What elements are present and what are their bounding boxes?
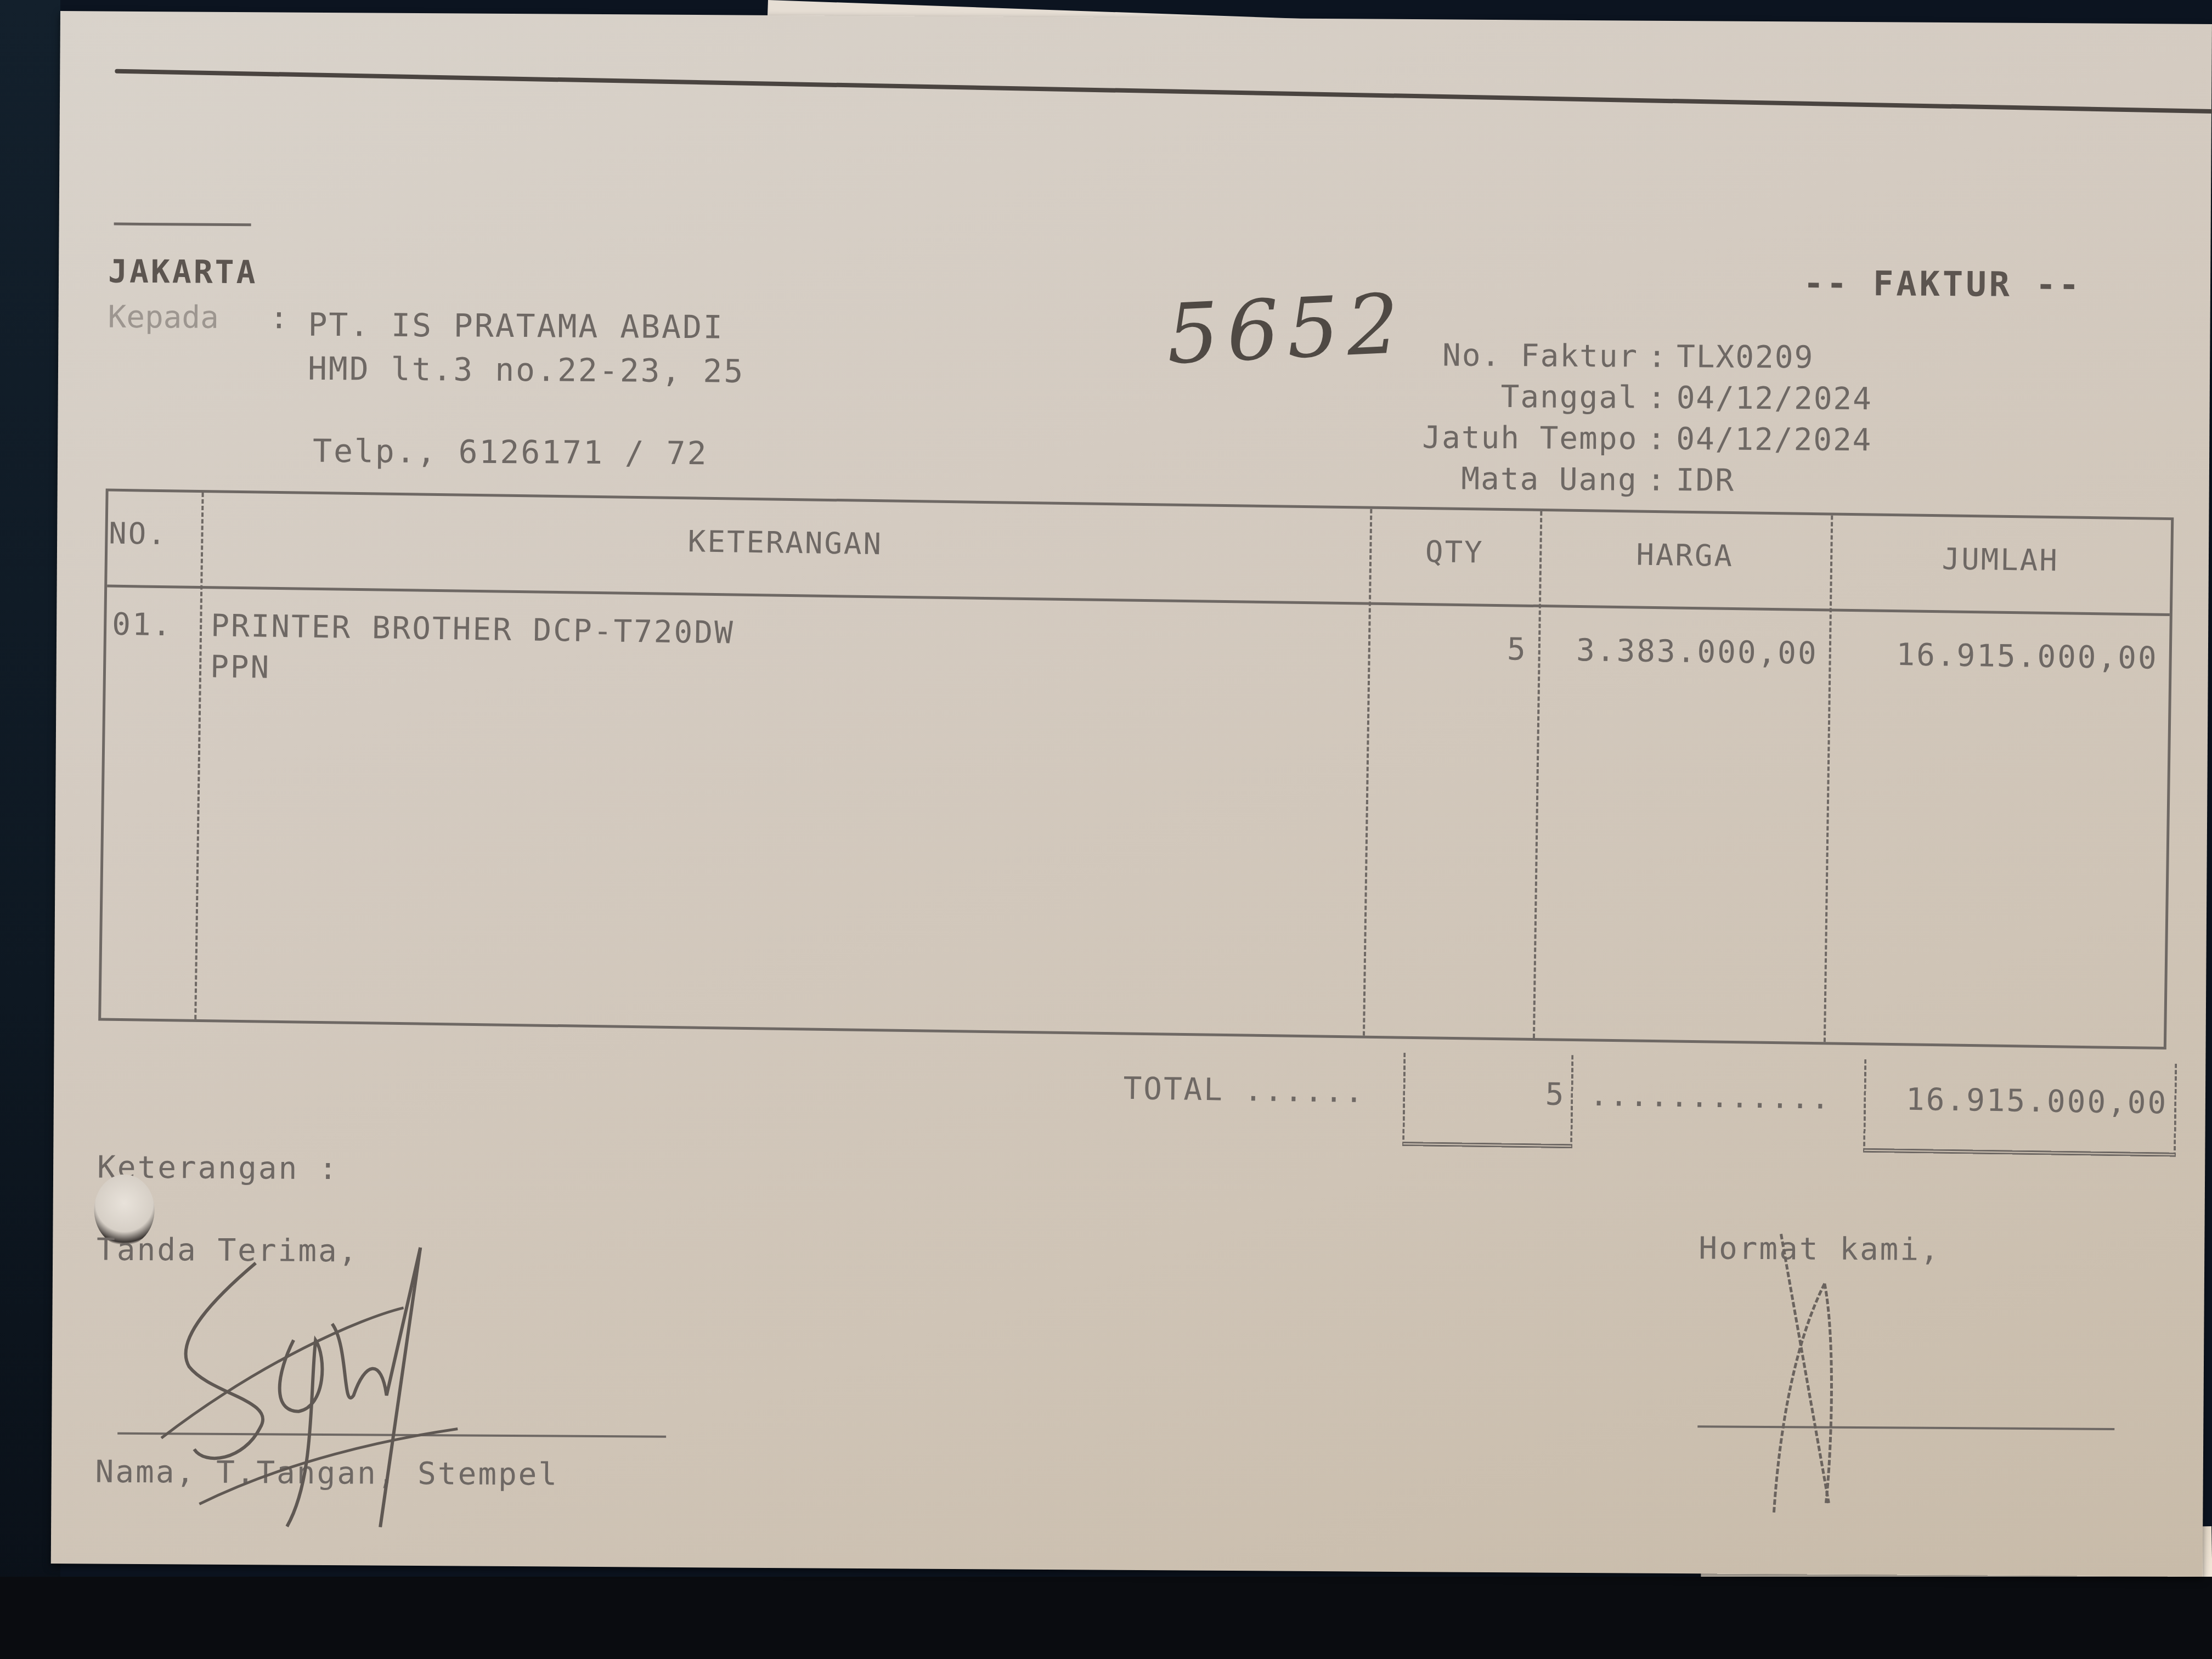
meta-currency: Mata Uang:IDR <box>1330 460 1735 499</box>
total-amount-box: 16.915.000,00 <box>1863 1059 2177 1157</box>
meta-date: Tanggal:04/12/2024 <box>1331 378 1873 417</box>
column-divider <box>1533 511 1542 1038</box>
meta-value: 04/12/2024 <box>1676 421 1872 458</box>
meta-separator: : <box>1638 380 1677 416</box>
invoice-paper: JAKARTA Kepada : PT. IS PRATAMA ABADI HM… <box>51 11 2212 1577</box>
meta-label: Tanggal <box>1331 378 1638 415</box>
column-header-no: NO. <box>108 516 168 552</box>
table-row: 01. PRINTER BROTHER DCP-T720DW PPN 5 3.3… <box>109 492 2171 520</box>
totals-row: TOTAL ...... 5 ............ 16.915.000,0… <box>1122 1049 2177 1163</box>
meta-separator: : <box>1638 339 1677 375</box>
column-header-qty: QTY <box>1369 534 1540 571</box>
total-qty-box: 5 <box>1402 1053 1573 1148</box>
meta-invoice-number: No. Faktur:TLX0209 <box>1331 337 1814 375</box>
total-amount: 16.915.000,00 <box>1906 1082 2168 1121</box>
recipient-phone: Telp., 6126171 / 72 <box>313 432 708 472</box>
row-description-line2: PPN <box>210 649 271 686</box>
total-label: TOTAL ...... <box>1123 1071 1365 1110</box>
total-price-placeholder: ............ <box>1589 1077 1831 1116</box>
column-header-price: HARGA <box>1539 536 1831 574</box>
recipient-separator: : <box>269 300 288 336</box>
row-amount: 16.915.000,00 <box>1829 636 2158 676</box>
row-description: PRINTER BROTHER DCP-T720DW <box>211 608 735 651</box>
background-surface-bottom <box>0 1577 2212 1659</box>
total-qty: 5 <box>1545 1077 1566 1113</box>
sender-signature-icon <box>1763 1228 1874 1514</box>
column-divider <box>194 493 204 1019</box>
invoice-table: NO. KETERANGAN QTY HARGA JUMLAH 01. PRIN… <box>98 489 2174 1050</box>
row-price: 3.383.000,00 <box>1538 632 1818 672</box>
meta-label: Mata Uang <box>1330 460 1638 498</box>
row-qty: 5 <box>1368 630 1527 668</box>
sender-signature-line <box>1697 1425 2114 1430</box>
column-divider <box>1824 515 1833 1042</box>
recipient-label: Kepada <box>108 300 219 336</box>
meta-value: IDR <box>1676 462 1735 499</box>
row-number: 01. <box>112 607 173 644</box>
document-title: -- FAKTUR -- <box>1803 263 2082 304</box>
column-divider <box>1363 509 1372 1036</box>
column-header-description: KETERANGAN <box>201 517 1370 568</box>
meta-separator: : <box>1638 462 1676 498</box>
receiver-signature-icon <box>150 1229 535 1539</box>
letterhead-rule <box>114 223 251 227</box>
recipient-company: PT. IS PRATAMA ABADI <box>308 306 724 346</box>
meta-label: No. Faktur <box>1331 337 1638 374</box>
meta-value: 04/12/2024 <box>1677 380 1873 417</box>
meta-separator: : <box>1638 421 1676 457</box>
column-header-amount: JUMLAH <box>1830 540 2171 579</box>
city-label: JAKARTA <box>108 253 258 291</box>
meta-value: TLX0209 <box>1677 339 1814 376</box>
meta-label: Jatuh Tempo <box>1330 419 1638 456</box>
recipient-address: HMD lt.3 no.22-23, 25 <box>308 350 745 390</box>
meta-due-date: Jatuh Tempo:04/12/2024 <box>1330 419 1872 458</box>
top-rule <box>115 69 2212 115</box>
